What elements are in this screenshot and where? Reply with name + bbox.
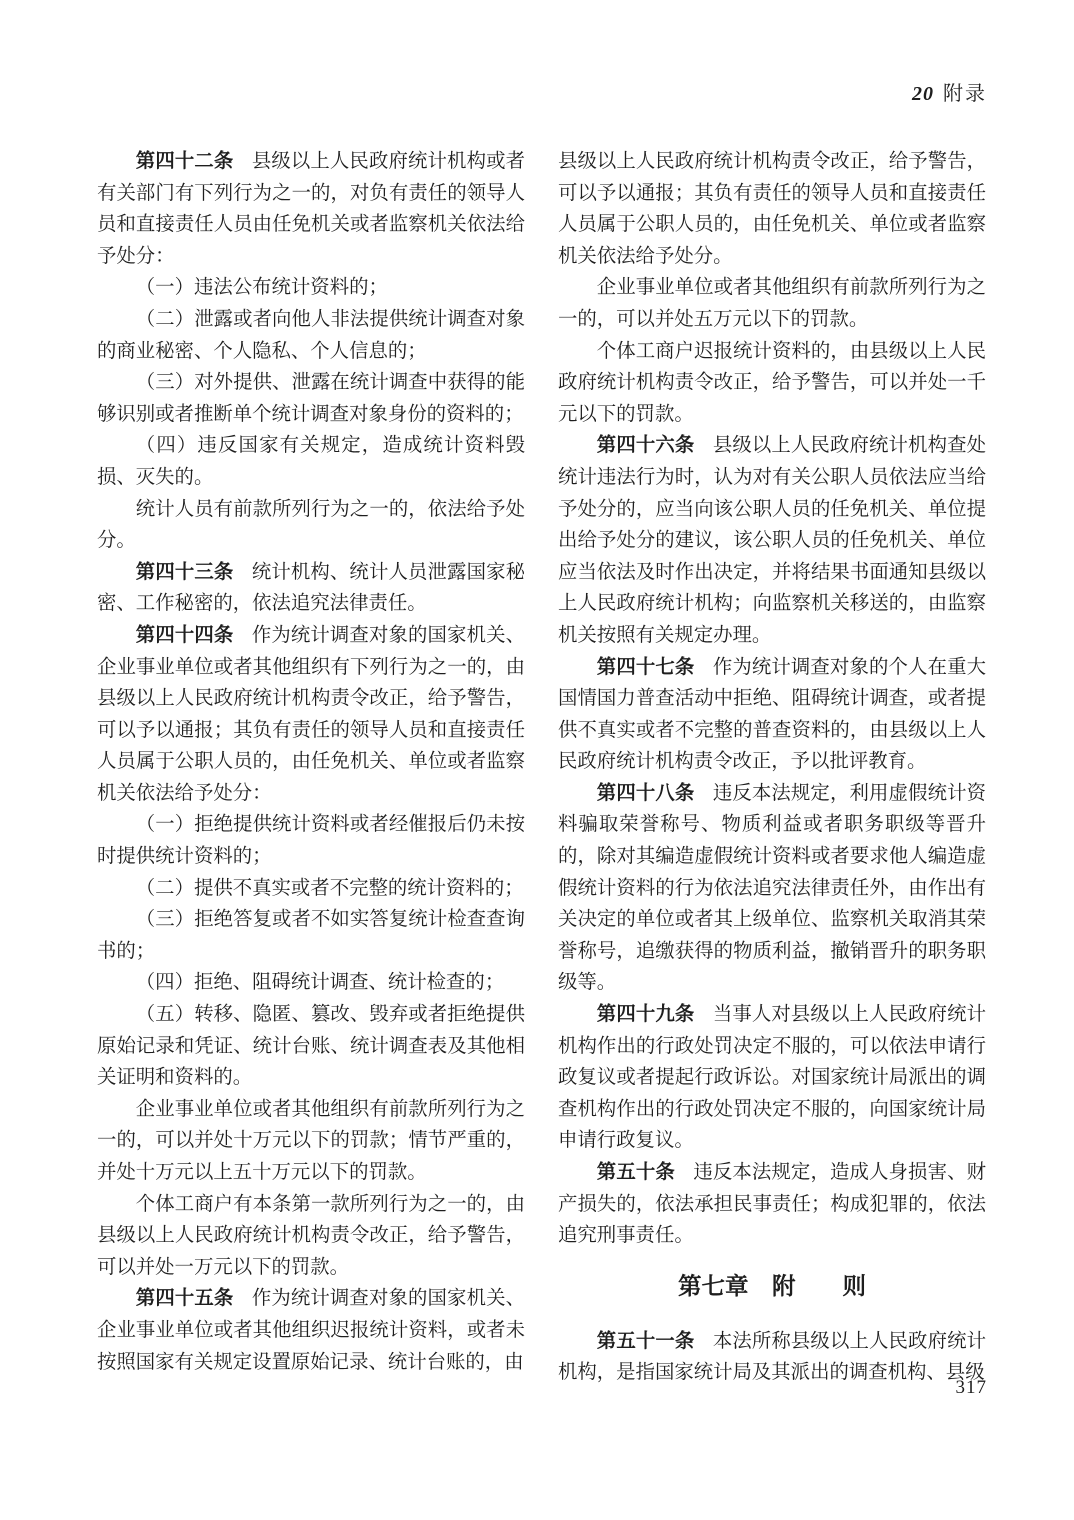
paragraph: （一）违法公布统计资料的； (97, 272, 525, 304)
paragraph: 第四十四条作为统计调查对象的国家机关、企业事业单位或者其他组织有下列行为之一的，… (97, 620, 525, 810)
paragraph: （一）拒绝提供统计资料或者经催报后仍未按时提供统计资料的； (97, 809, 525, 872)
paragraph-text: 统计人员有前款所列行为之一的，依法给予处分。 (97, 499, 525, 552)
paragraph: （四）拒绝、阻碍统计调查、统计检查的； (97, 967, 525, 999)
article-number: 第四十三条 (136, 562, 234, 583)
page-number: 317 (956, 1377, 988, 1398)
paragraph-text: 县级以上人民政府统计机构查处统计违法行为时，认为对有关公职人员依法应当给予处分的… (558, 435, 986, 646)
paragraph-text: （三）拒绝答复或者不如实答复统计检查查询书的； (97, 909, 525, 962)
paragraph: （五）转移、隐匿、篡改、毁弃或者拒绝提供原始记录和凭证、统计台账、统计调查表及其… (97, 999, 525, 1094)
paragraph-text: 第七章 附 则 (678, 1274, 866, 1300)
paragraph: 企业事业单位或者其他组织有前款所列行为之一的，可以并处十万元以下的罚款；情节严重… (97, 1094, 525, 1189)
header-chapter-number: 20 (912, 83, 934, 105)
article-number: 第四十九条 (597, 1004, 695, 1025)
paragraph-text: （四）违反国家有关规定，造成统计资料毁损、灭失的。 (97, 435, 525, 488)
paragraph: 第四十三条统计机构、统计人员泄露国家秘密、工作秘密的，依法追究法律责任。 (97, 557, 525, 620)
paragraph-text: （二）提供不真实或者不完整的统计资料的； (136, 878, 524, 899)
paragraph: 第四十六条县级以上人民政府统计机构查处统计违法行为时，认为对有关公职人员依法应当… (558, 430, 986, 651)
paragraph-text: （一）违法公布统计资料的； (136, 277, 388, 298)
paragraph: 个体工商户迟报统计资料的，由县级以上人民政府统计机构责令改正，给予警告，可以并处… (558, 336, 986, 431)
article-number: 第五十一条 (597, 1331, 695, 1352)
paragraph: 县级以上人民政府统计机构责令改正，给予警告，可以予以通报；其负有责任的领导人员和… (558, 146, 986, 272)
page-header: 20附录 (97, 82, 987, 106)
text-columns: 第四十二条县级以上人民政府统计机构或者有关部门有下列行为之一的，对负有责任的领导… (97, 146, 987, 1389)
paragraph: 第四十九条当事人对县级以上人民政府统计机构作出的行政处罚决定不服的，可以依法申请… (558, 999, 986, 1157)
paragraph: 第五十条违反本法规定，造成人身损害、财产损失的，依法承担民事责任；构成犯罪的，依… (558, 1157, 986, 1252)
paragraph: 第四十二条县级以上人民政府统计机构或者有关部门有下列行为之一的，对负有责任的领导… (97, 146, 525, 272)
paragraph: 企业事业单位或者其他组织有前款所列行为之一的，可以并处五万元以下的罚款。 (558, 272, 986, 335)
paragraph-text: 企业事业单位或者其他组织有前款所列行为之一的，可以并处五万元以下的罚款。 (558, 277, 986, 330)
paragraph-text: （一）拒绝提供统计资料或者经催报后仍未按时提供统计资料的； (97, 814, 525, 867)
paragraph: 第四十五条作为统计调查对象的国家机关、企业事业单位或者其他组织迟报统计资料，或者… (97, 1283, 525, 1378)
paragraph: （四）违反国家有关规定，造成统计资料毁损、灭失的。 (97, 430, 525, 493)
paragraph: （二）泄露或者向他人非法提供统计调查对象的商业秘密、个人隐私、个人信息的； (97, 304, 525, 367)
paragraph-text: 作为统计调查对象的国家机关、企业事业单位或者其他组织有下列行为之一的，由县级以上… (97, 625, 525, 804)
right-column: 县级以上人民政府统计机构责令改正，给予警告，可以予以通报；其负有责任的领导人员和… (558, 146, 986, 1389)
left-column: 第四十二条县级以上人民政府统计机构或者有关部门有下列行为之一的，对负有责任的领导… (97, 146, 525, 1389)
paragraph: 第四十七条作为统计调查对象的个人在重大国情国力普查活动中拒绝、阻碍统计调查，或者… (558, 652, 986, 778)
paragraph: 第四十八条违反本法规定，利用虚假统计资料骗取荣誉称号、物质利益或者职务职级等晋升… (558, 778, 986, 999)
document-page: 20附录 第四十二条县级以上人民政府统计机构或者有关部门有下列行为之一的，对负有… (0, 0, 1074, 1520)
paragraph-text: 企业事业单位或者其他组织有前款所列行为之一的，可以并处十万元以下的罚款；情节严重… (97, 1099, 525, 1183)
article-number: 第四十七条 (597, 657, 695, 678)
paragraph-text: 个体工商户迟报统计资料的，由县级以上人民政府统计机构责令改正，给予警告，可以并处… (558, 341, 986, 425)
paragraph-text: 当事人对县级以上人民政府统计机构作出的行政处罚决定不服的，可以依法申请行政复议或… (558, 1004, 986, 1151)
paragraph-text: （四）拒绝、阻碍统计调查、统计检查的； (136, 972, 504, 993)
paragraph: （三）对外提供、泄露在统计调查中获得的能够识别或者推断单个统计调查对象身份的资料… (97, 367, 525, 430)
paragraph: （二）提供不真实或者不完整的统计资料的； (97, 873, 525, 905)
article-number: 第五十条 (597, 1162, 675, 1183)
page-footer: 317 (97, 1376, 987, 1400)
paragraph-text: （五）转移、隐匿、篡改、毁弃或者拒绝提供原始记录和凭证、统计台账、统计调查表及其… (97, 1004, 525, 1088)
article-number: 第四十五条 (136, 1288, 234, 1309)
article-number: 第四十六条 (597, 435, 695, 456)
paragraph-text: 县级以上人民政府统计机构责令改正，给予警告，可以予以通报；其负有责任的领导人员和… (558, 151, 986, 267)
article-number: 第四十二条 (136, 151, 234, 172)
paragraph-text: （三）对外提供、泄露在统计调查中获得的能够识别或者推断单个统计调查对象身份的资料… (97, 372, 525, 425)
article-number: 第四十八条 (597, 783, 695, 804)
chapter-heading: 第七章 附 则 (558, 1271, 986, 1303)
paragraph-text: （二）泄露或者向他人非法提供统计调查对象的商业秘密、个人隐私、个人信息的； (97, 309, 525, 362)
header-section-title: 附录 (943, 83, 987, 105)
paragraph: 统计人员有前款所列行为之一的，依法给予处分。 (97, 494, 525, 557)
paragraph-text: 违反本法规定，利用虚假统计资料骗取荣誉称号、物质利益或者职务职级等晋升的，除对其… (558, 783, 986, 994)
paragraph-text: 个体工商户有本条第一款所列行为之一的，由县级以上人民政府统计机构责令改正，给予警… (97, 1194, 525, 1278)
paragraph: （三）拒绝答复或者不如实答复统计检查查询书的； (97, 904, 525, 967)
article-number: 第四十四条 (136, 625, 234, 646)
paragraph: 个体工商户有本条第一款所列行为之一的，由县级以上人民政府统计机构责令改正，给予警… (97, 1189, 525, 1284)
